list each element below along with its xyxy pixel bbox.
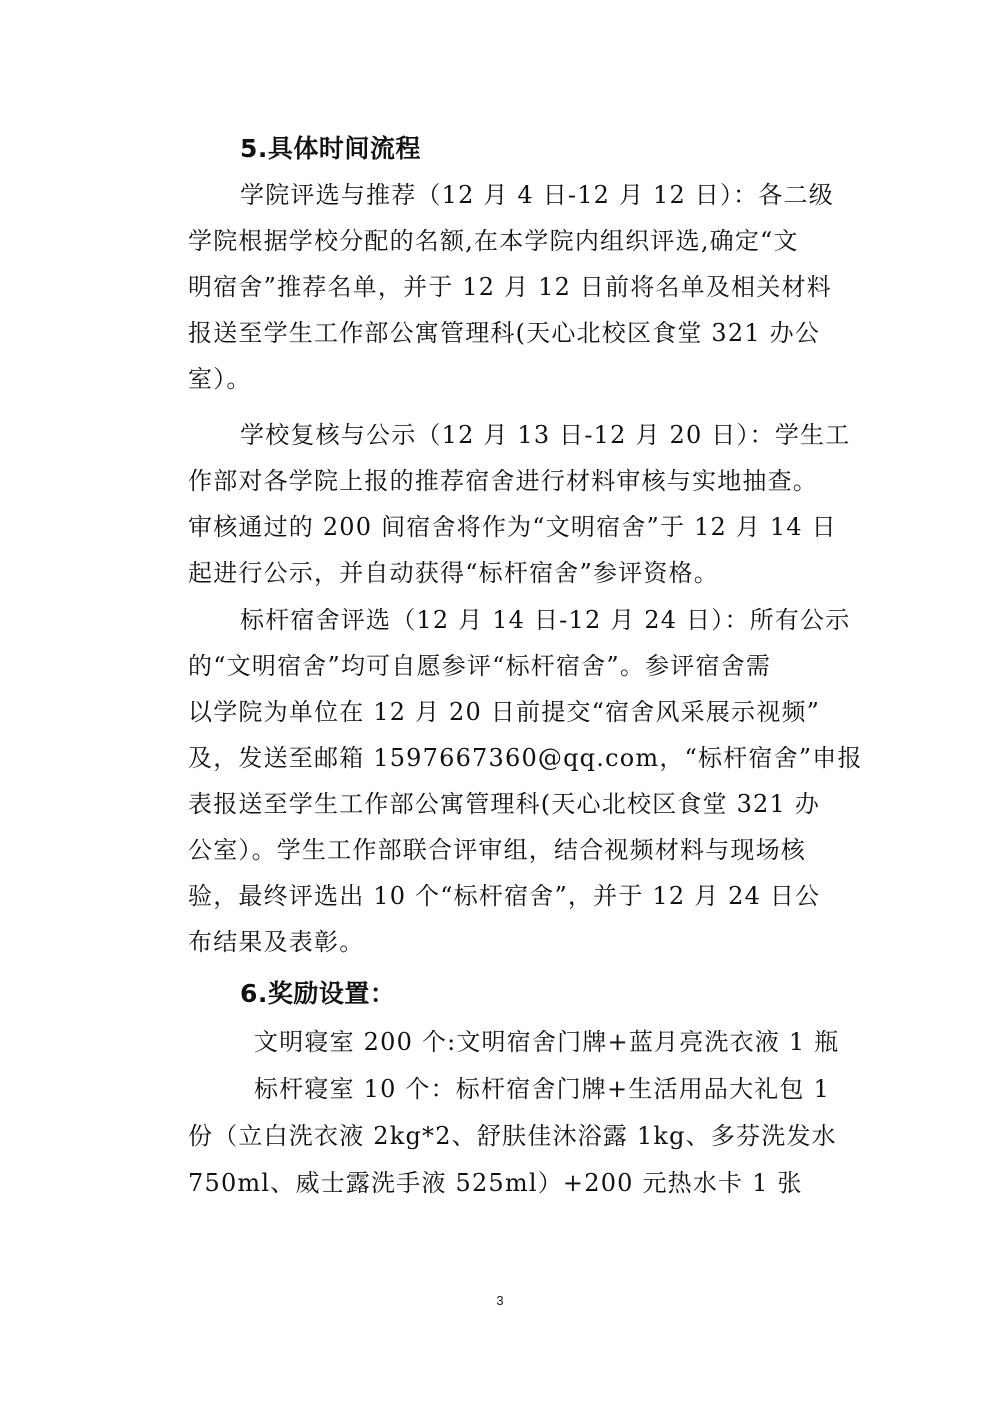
paragraph-line: 标杆寝室 10 个：标杆宿舍门牌+生活用品大礼包 1 — [254, 1074, 914, 1104]
paragraph-line: 室）。 — [188, 364, 848, 394]
paragraph-line: 学校复核与公示（12 月 13 日-12 月 20 日）：学生工 — [240, 420, 900, 450]
paragraph-line: 的“文明宿舍”均可自愿参评“标杆宿舍”。参评宿舍需 — [188, 651, 848, 681]
paragraph-line: 750ml、威士露洗手液 525ml）+200 元热水卡 1 张 — [188, 1168, 848, 1198]
paragraph-line: 及，发送至邮箱 1597667360@qq.com，“标杆宿舍”申报 — [188, 743, 848, 773]
paragraph-line: 明宿舍”推荐名单，并于 12 月 12 日前将名单及相关材料 — [188, 272, 848, 302]
paragraph-line: 起进行公示，并自动获得“标杆宿舍”参评资格。 — [188, 558, 848, 588]
page-number: 3 — [0, 1293, 1000, 1308]
paragraph-line: 审核通过的 200 间宿舍将作为“文明宿舍”于 12 月 14 日 — [188, 512, 848, 542]
paragraph-line: 布结果及表彰。 — [188, 927, 848, 957]
paragraph-line: 公室）。学生工作部联合评审组，结合视频材料与现场核 — [188, 835, 848, 865]
paragraph-line: 作部对各学院上报的推荐宿舍进行材料审核与实地抽查。 — [188, 466, 848, 496]
paragraph-line: 学院评选与推荐（12 月 4 日-12 月 12 日）：各二级 — [240, 180, 900, 210]
paragraph-line: 份（立白洗衣液 2kg*2、舒肤佳沐浴露 1kg、多芬洗发水 — [188, 1121, 848, 1151]
paragraph-line: 报送至学生工作部公寓管理科(天心北校区食堂 321 办公 — [188, 318, 848, 348]
paragraph-line: 表报送至学生工作部公寓管理科(天心北校区食堂 321 办 — [188, 789, 848, 819]
section-6-heading: 6.奖励设置： — [240, 979, 900, 1009]
paragraph-line: 以学院为单位在 12 月 20 日前提交“宿舍风采展示视频” — [188, 697, 848, 727]
section-5-heading: 5.具体时间流程 — [240, 134, 900, 164]
document-page: 5.具体时间流程 学院评选与推荐（12 月 4 日-12 月 12 日）：各二级… — [0, 0, 1000, 1415]
paragraph-line: 学院根据学校分配的名额,在本学院内组织评选,确定“文 — [188, 226, 848, 256]
paragraph-line: 标杆宿舍评选（12 月 14 日-12 月 24 日）：所有公示 — [240, 605, 900, 635]
paragraph-line: 验，最终评选出 10 个“标杆宿舍”，并于 12 月 24 日公 — [188, 881, 848, 911]
paragraph-line: 文明寝室 200 个:文明宿舍门牌+蓝月亮洗衣液 1 瓶 — [254, 1027, 914, 1057]
